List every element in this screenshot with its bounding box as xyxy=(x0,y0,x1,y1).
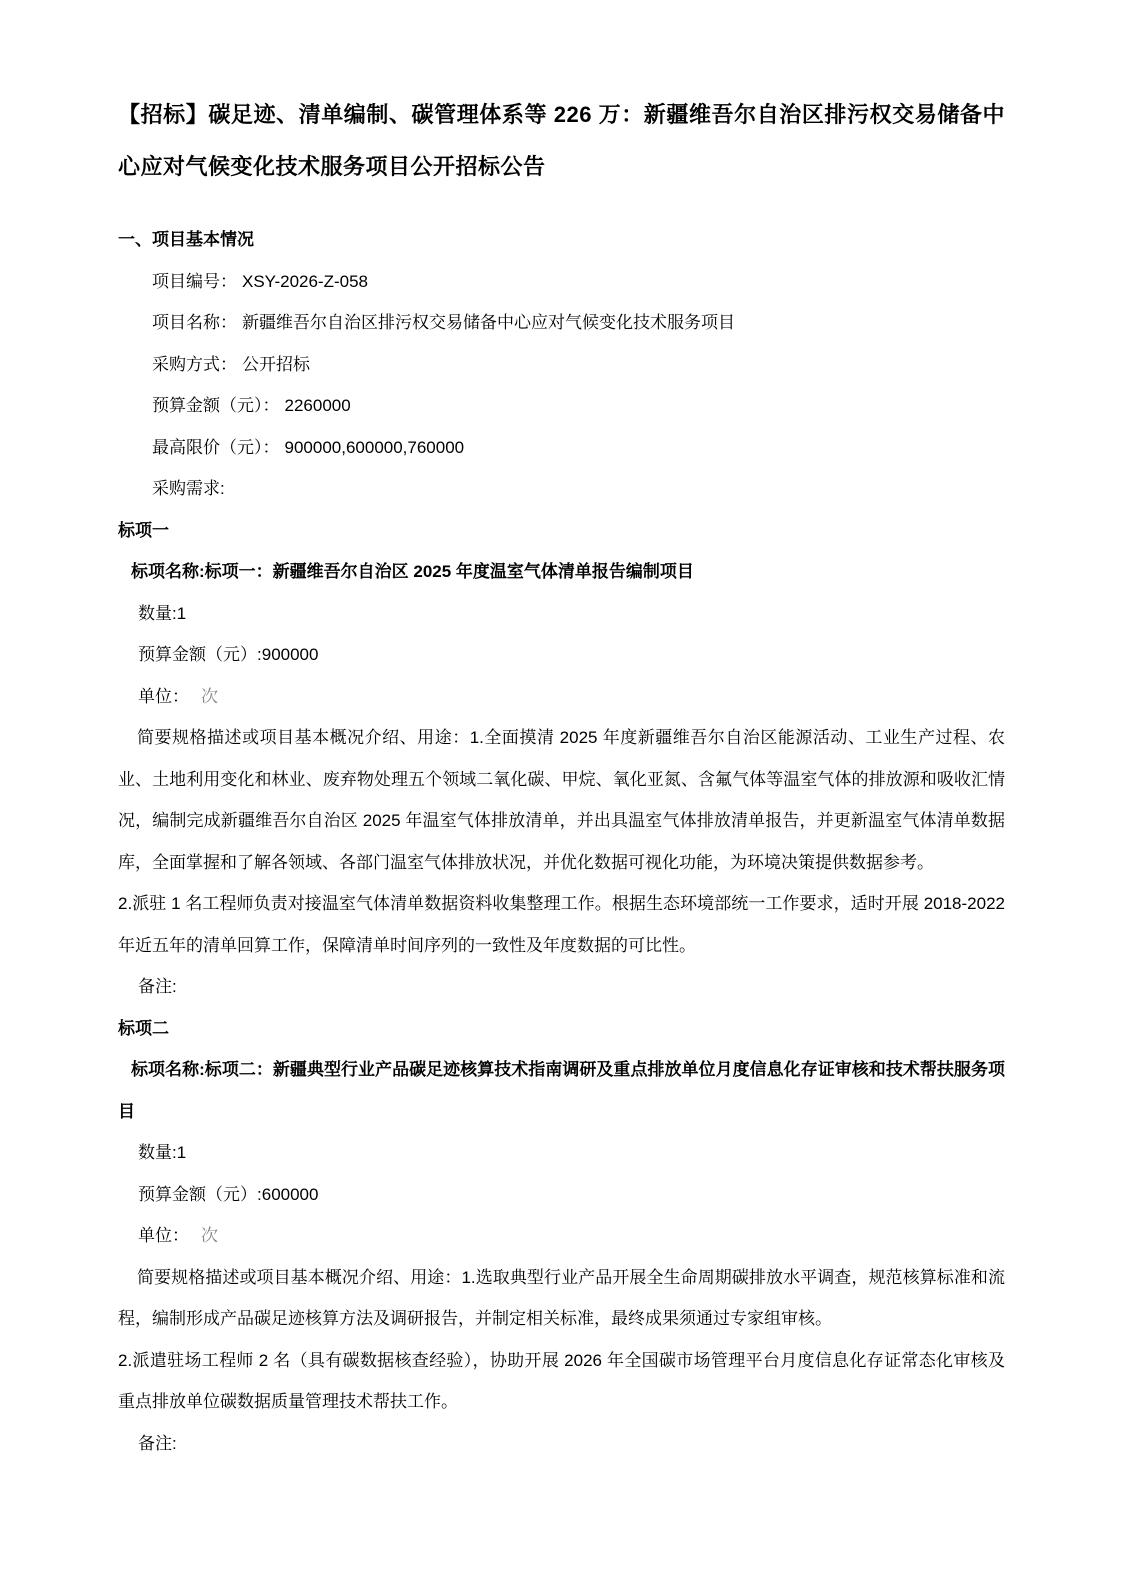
unit-label: 单位： xyxy=(138,1226,189,1245)
document-title: 【招标】碳足迹、清单编制、碳管理体系等 226 万：新疆维吾尔自治区排污权交易储… xyxy=(118,89,1005,193)
lot-budget: 预算金额（元）:900000 xyxy=(118,634,1005,676)
budget-value: 600000 xyxy=(262,1185,319,1204)
lot-name: 标项名称:标项一：新疆维吾尔自治区 2025 年度温室气体清单报告编制项目 xyxy=(118,551,1005,593)
budget-label: 预算金额（元）: xyxy=(138,1185,262,1204)
field-label: 采购方式： xyxy=(152,355,237,374)
unit-value: 次 xyxy=(201,687,218,706)
budget-value: 900000 xyxy=(262,645,319,664)
field-label: 项目名称： xyxy=(152,313,237,332)
lot-unit: 单位：次 xyxy=(118,676,1005,718)
field-label: 预算金额（元）： xyxy=(152,396,280,415)
budget-label: 预算金额（元）: xyxy=(138,645,262,664)
field-value: 公开招标 xyxy=(242,355,310,374)
field-budget-amount: 预算金额（元）：2260000 xyxy=(118,385,1005,427)
field-value: XSY-2026-Z-058 xyxy=(242,272,368,291)
quantity-value: 1 xyxy=(177,604,186,623)
lot-spec-paragraph-2: 2.派遣驻场工程师 2 名（具有碳数据核查经验），协助开展 2026 年全国碳市… xyxy=(118,1340,1005,1423)
lot-unit: 单位：次 xyxy=(118,1215,1005,1257)
document-page: 【招标】碳足迹、清单编制、碳管理体系等 226 万：新疆维吾尔自治区排污权交易储… xyxy=(0,0,1122,1587)
quantity-label: 数量: xyxy=(138,604,177,623)
lot-spec-paragraph-2: 2.派驻 1 名工程师负责对接温室气体清单数据资料收集整理工作。根据生态环境部统… xyxy=(118,883,1005,966)
lot-budget: 预算金额（元）:600000 xyxy=(118,1174,1005,1216)
field-label: 最高限价（元）： xyxy=(152,438,280,457)
field-procurement-demand: 采购需求: xyxy=(118,468,1005,510)
field-project-number: 项目编号：XSY-2026-Z-058 xyxy=(118,261,1005,303)
lot-quantity: 数量:1 xyxy=(118,1132,1005,1174)
unit-label: 单位： xyxy=(138,687,189,706)
field-value: 900000,600000,760000 xyxy=(285,438,465,457)
lot-1-section: 标项一 标项名称:标项一：新疆维吾尔自治区 2025 年度温室气体清单报告编制项… xyxy=(118,510,1005,1008)
lot-spec-paragraph-1: 简要规格描述或项目基本概况介绍、用途：1.选取典型行业产品开展全生命周期碳排放水… xyxy=(118,1257,1005,1340)
lot-remark: 备注: xyxy=(118,966,1005,1008)
field-project-name: 项目名称：新疆维吾尔自治区排污权交易储备中心应对气候变化技术服务项目 xyxy=(118,302,1005,344)
lot-2-section: 标项二 标项名称:标项二：新疆典型行业产品碳足迹核算技术指南调研及重点排放单位月… xyxy=(118,1008,1005,1465)
field-procurement-method: 采购方式：公开招标 xyxy=(118,344,1005,386)
lot-heading: 标项二 xyxy=(118,1008,1005,1050)
lot-remark: 备注: xyxy=(118,1423,1005,1465)
lot-quantity: 数量:1 xyxy=(118,593,1005,635)
field-label: 采购需求: xyxy=(152,479,225,498)
field-value: 新疆维吾尔自治区排污权交易储备中心应对气候变化技术服务项目 xyxy=(242,313,735,332)
field-value: 2260000 xyxy=(285,396,351,415)
lot-spec-paragraph-1: 简要规格描述或项目基本概况介绍、用途：1.全面摸清 2025 年度新疆维吾尔自治… xyxy=(118,717,1005,883)
unit-value: 次 xyxy=(201,1226,218,1245)
quantity-label: 数量: xyxy=(138,1143,177,1162)
field-label: 项目编号： xyxy=(152,272,237,291)
lot-heading: 标项一 xyxy=(118,510,1005,552)
basic-info-heading: 一、项目基本情况 xyxy=(118,219,1005,261)
quantity-value: 1 xyxy=(177,1143,186,1162)
lot-name: 标项名称:标项二：新疆典型行业产品碳足迹核算技术指南调研及重点排放单位月度信息化… xyxy=(118,1049,1005,1132)
field-max-price: 最高限价（元）：900000,600000,760000 xyxy=(118,427,1005,469)
